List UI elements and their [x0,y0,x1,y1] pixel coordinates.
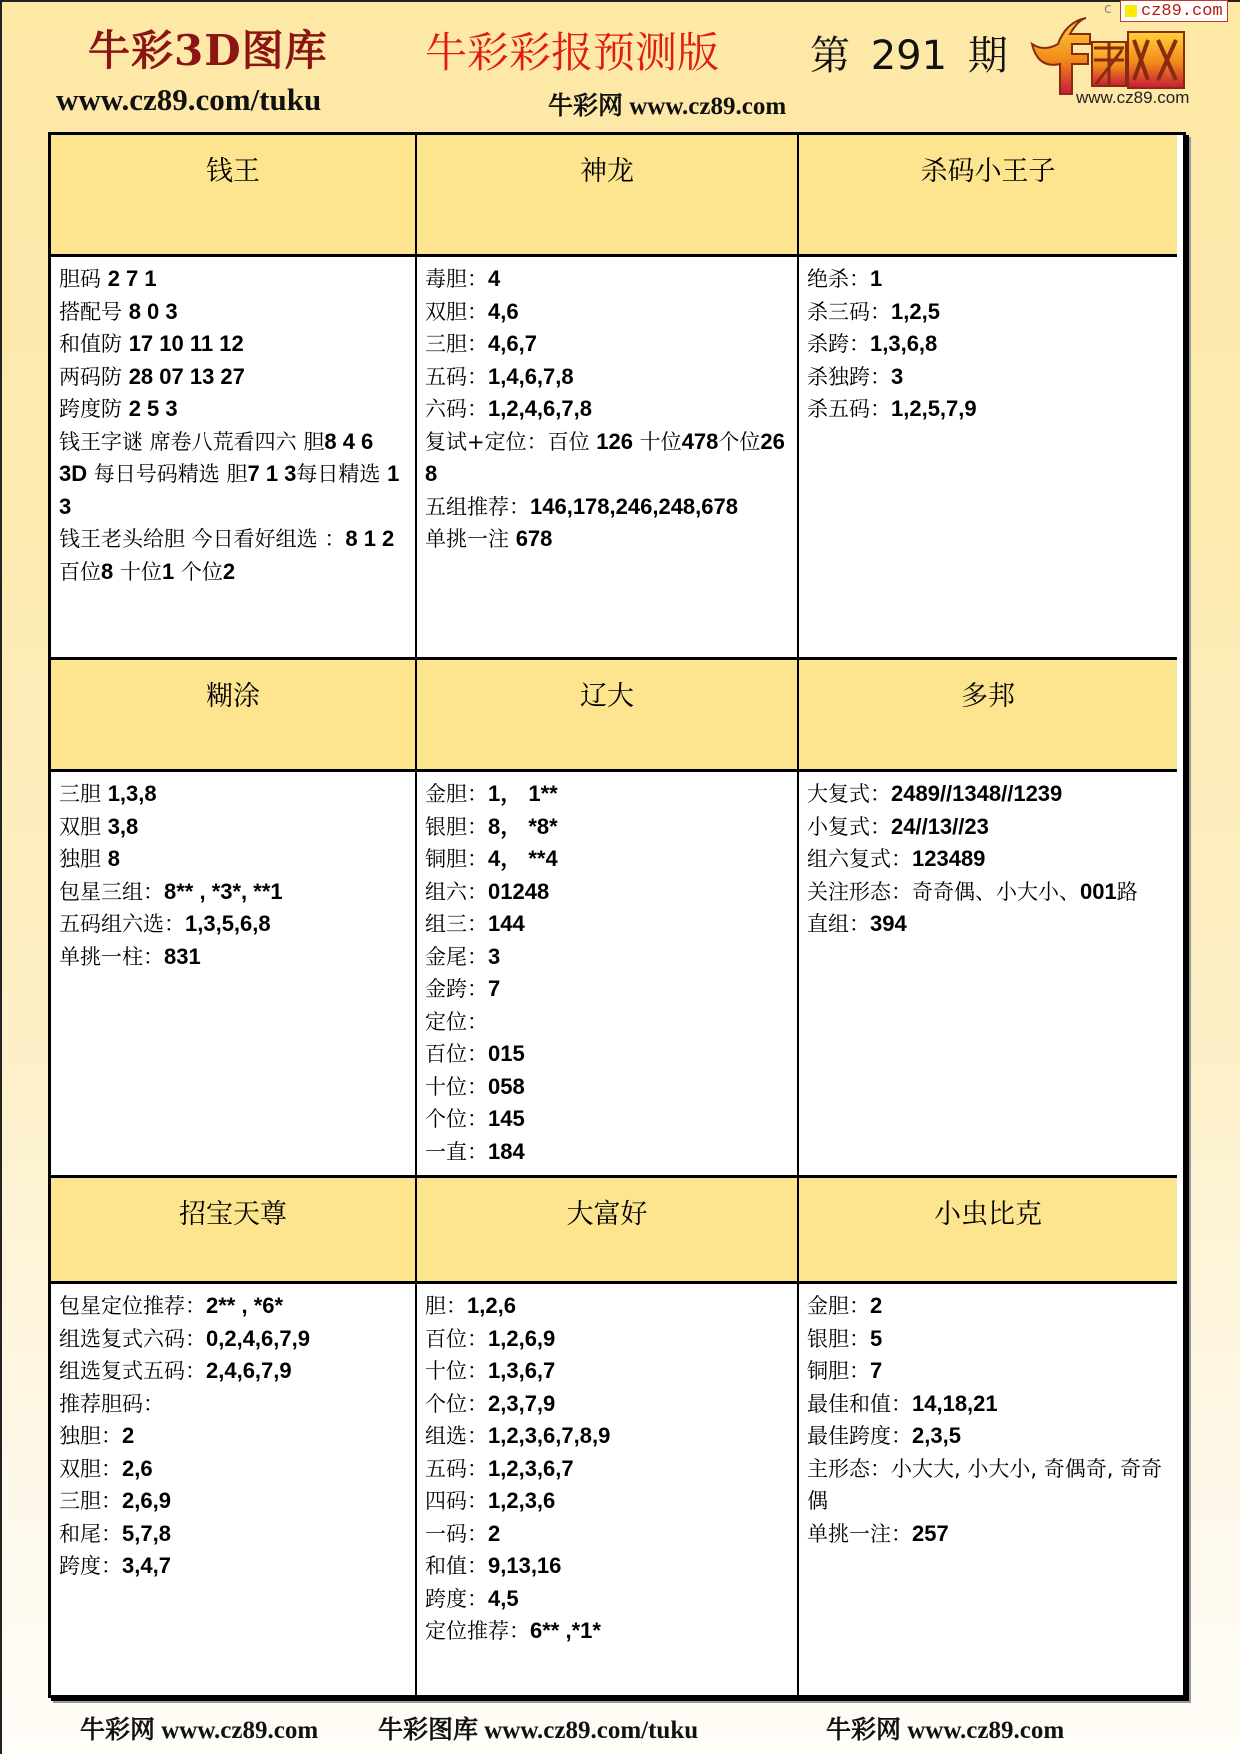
line-value: 8 [108,846,120,871]
section-body: 金胆：1， 1**银胆：8， *8*铜胆：4， **4组六：01248组三：14… [417,772,799,1178]
line-label: 五码： [425,1457,488,1481]
line-value: 8， *8* [488,814,558,839]
line-label: 钱王老头给胆 今日看好组选 ： [59,527,345,551]
badge-prefix: c [1104,1,1112,17]
prediction-line: 金尾：3 [425,941,791,974]
line-value: 2,6,9 [122,1488,171,1513]
line-value: 8 0 3 [129,299,178,324]
prediction-line: 单挑一注 678 [425,523,791,556]
line-value: 7 [870,1358,882,1383]
line-value: 8 [101,559,113,584]
line-label: 搭配号 [59,300,129,324]
prediction-line: 单挑一注：257 [807,1518,1171,1551]
line-label: 复试+定位：百位 [425,430,596,454]
line-label: 独胆 [59,847,108,871]
line-label: 十位： [425,1075,488,1099]
line-value: 1,2,5 [891,299,940,324]
prediction-line: 直组：394 [807,908,1171,941]
prediction-line: 包星定位推荐：2** , *6* [59,1290,409,1323]
prediction-line: 定位推荐：6** ,*1* [425,1615,791,1648]
line-label: 双胆： [59,1457,122,1481]
line-value: 1,2,3,6,7,8,9 [488,1423,610,1448]
prediction-line: 搭配号 8 0 3 [59,296,409,329]
footer-link-middle[interactable]: 牛彩图库 www.cz89.com/tuku [378,1710,698,1746]
line-label: 杀独跨： [807,365,891,389]
line-value: 5 [870,1326,882,1351]
line-label: 小复式： [807,815,891,839]
line-label: 五组推荐： [425,495,530,519]
prediction-line: 百位：015 [425,1038,791,1071]
prediction-line: 双胆 3,8 [59,811,409,844]
prediction-line: 金胆：1， 1** [425,778,791,811]
prediction-line: 十位：058 [425,1071,791,1104]
line-value: 1,3,5,6,8 [185,911,271,936]
section-body: 绝杀：1杀三码：1,2,5杀跨：1,3,6,8杀独跨：3杀五码：1,2,5,7,… [799,257,1177,660]
section-body: 胆：1,2,6百位：1,2,6,9十位：1,3,6,7个位：2,3,7,9组选：… [417,1284,799,1695]
line-label: 和值防 [59,332,129,356]
page-frame-left [0,0,2,1754]
line-value: 2 [488,1521,500,1546]
line-value: 1,3,6,7 [488,1358,555,1383]
prediction-line: 绝杀：1 [807,263,1171,296]
prediction-line: 五组推荐：146,178,246,248,678 [425,491,791,524]
line-value: 1,2,3,6 [488,1488,555,1513]
prediction-line: 和尾：5,7,8 [59,1518,409,1551]
line-value: 17 10 11 12 [129,331,244,356]
line-value: 146,178,246,248,678 [530,494,738,519]
prediction-line: 最佳跨度：2,3,5 [807,1420,1171,1453]
line-value: 2489//1348//1239 [891,781,1062,806]
line-label: 百位： [425,1042,488,1066]
line-label: 十位 [633,430,682,454]
line-value: 4,5 [488,1586,519,1611]
prediction-line: 独胆 8 [59,843,409,876]
line-label: 组选复式六码： [59,1327,206,1351]
line-label: 六码： [425,397,488,421]
line-label: 三胆： [425,332,488,356]
line-value: 2,3,7,9 [488,1391,555,1416]
prediction-line: 五码：1,2,3,6,7 [425,1453,791,1486]
line-value: 1， 1** [488,781,558,806]
line-label: 单挑一柱： [59,945,164,969]
section-body: 金胆：2银胆：5铜胆：7最佳和值：14,18,21最佳跨度：2,3,5主形态：小… [799,1284,1177,1695]
site-badge[interactable]: cz89.com [1120,0,1228,22]
prediction-line: 推荐胆码： [59,1388,409,1421]
prediction-line: 最佳和值：14,18,21 [807,1388,1171,1421]
line-label: 一直： [425,1140,488,1164]
line-label: 双胆 [59,815,108,839]
line-value: 2 [870,1293,882,1318]
line-value: 3,8 [108,814,139,839]
prediction-line: 铜胆：4， **4 [425,843,791,876]
line-value: 2,3,5 [912,1423,961,1448]
line-value: 184 [488,1139,525,1164]
line-label: 跨度： [425,1587,488,1611]
line-label: 三胆： [59,1489,122,1513]
line-value: 4， **4 [488,846,558,871]
line-value: 8 4 6 [324,429,373,454]
prediction-line: 组选复式五码：2,4,6,7,9 [59,1355,409,1388]
prediction-line: 跨度：3,4,7 [59,1550,409,1583]
prediction-line: 六码：1,2,4,6,7,8 [425,393,791,426]
site-name: 牛彩3D图库 [88,18,328,78]
prediction-line: 3D 每日号码精选 胆7 1 3每日精选 1 3 [59,458,409,523]
prediction-line: 五码：1,4,6,7,8 [425,361,791,394]
footer-link-right[interactable]: 牛彩网 www.cz89.com [826,1710,1064,1746]
line-label: 大复式： [807,782,891,806]
line-label: 绝杀： [807,267,870,291]
line-value: 2 5 3 [129,396,178,421]
line-label: 独胆： [59,1424,122,1448]
line-label: 定位： [425,1010,488,1034]
line-value: 8 1 2 [345,526,394,551]
prediction-line: 双胆：2,6 [59,1453,409,1486]
line-value: 1,2,3,6,7 [488,1456,574,1481]
issue-number: 291 [871,33,947,79]
prediction-line: 铜胆：7 [807,1355,1171,1388]
line-value: 1,2,6 [467,1293,516,1318]
prediction-line: 个位：145 [425,1103,791,1136]
prediction-line: 复试+定位：百位 126 十位478个位268 [425,426,791,491]
line-value: 6** ,*1* [530,1618,601,1643]
line-value: 3D [59,461,87,486]
prediction-line: 双胆：4,6 [425,296,791,329]
prediction-line: 毒胆：4 [425,263,791,296]
line-label: 组三： [425,912,488,936]
prediction-line: 钱王老头给胆 今日看好组选 ：8 1 2百位8 十位1 个位2 [59,523,409,588]
line-value: 0,2,4,6,7,9 [206,1326,310,1351]
line-value: 1,2,5,7,9 [891,396,977,421]
yellow-square-icon [1125,5,1137,17]
line-value: 9,13,16 [488,1553,561,1578]
prediction-line: 组三：144 [425,908,791,941]
line-value: 126 [596,429,633,454]
line-value: 28 07 13 27 [129,364,245,389]
prediction-line: 钱王字谜 席卷八荒看四六 胆8 4 6 [59,426,409,459]
line-label: 路 [1117,880,1138,904]
section-body: 三胆 1,3,8双胆 3,8独胆 8包星三组：8** , *3*, **1五码组… [51,772,417,1178]
prediction-line: 金胆：2 [807,1290,1171,1323]
logo-url: www.cz89.com [1076,88,1189,108]
line-label: 五码组六选： [59,912,185,936]
line-value: 2,6 [122,1456,153,1481]
prediction-line: 三胆 1,3,8 [59,778,409,811]
line-label: 跨度： [59,1554,122,1578]
line-value: 3 [488,944,500,969]
section-header: 钱王 [51,135,417,257]
line-label: 主形态：小大大, 小大小, 奇偶奇, 奇奇偶 [807,1457,1162,1514]
line-value: 145 [488,1106,525,1131]
prediction-line: 两码防 28 07 13 27 [59,361,409,394]
line-label: 每日号码精选 胆 [87,462,247,486]
line-label: 钱王字谜 席卷八荒看四六 胆 [59,430,324,454]
line-value: 144 [488,911,525,936]
prediction-line: 关注形态：奇奇偶、小大小、001路 [807,876,1171,909]
prediction-line: 银胆：8， *8* [425,811,791,844]
prediction-line: 三胆：4,6,7 [425,328,791,361]
footer-link-left[interactable]: 牛彩网 www.cz89.com [80,1710,318,1746]
prediction-line: 大复式：2489//1348//1239 [807,778,1171,811]
prediction-line: 和值：9,13,16 [425,1550,791,1583]
issue-label: 第 291 期 [810,24,1008,81]
line-value: 14,18,21 [912,1391,998,1416]
line-value: 5,7,8 [122,1521,171,1546]
prediction-line: 四码：1,2,3,6 [425,1485,791,1518]
prediction-line: 杀五码：1,2,5,7,9 [807,393,1171,426]
prediction-line: 杀三码：1,2,5 [807,296,1171,329]
prediction-line: 包星三组：8** , *3*, **1 [59,876,409,909]
line-label: 单挑一注： [807,1522,912,1546]
prediction-line: 定位： [425,1006,791,1039]
site-url[interactable]: www.cz89.com/tuku [56,82,321,118]
prediction-line: 胆码 2 7 1 [59,263,409,296]
line-value: 2 [223,559,235,584]
line-label: 和尾： [59,1522,122,1546]
prediction-table: 钱王神龙杀码小王子胆码 2 7 1搭配号 8 0 3和值防 17 10 11 1… [48,132,1186,1698]
line-label: 金跨： [425,977,488,1001]
line-label: 个位： [425,1392,488,1416]
prediction-line: 组选：1,2,3,6,7,8,9 [425,1420,791,1453]
prediction-line: 杀跨：1,3,6,8 [807,328,1171,361]
line-label: 五码： [425,365,488,389]
prediction-line: 一直：184 [425,1136,791,1169]
section-header: 小虫比克 [799,1178,1177,1284]
line-value: 1 [162,559,174,584]
line-value: 4,6 [488,299,519,324]
line-value: 678 [516,526,553,551]
line-label: 双胆： [425,300,488,324]
line-value: 1 [870,266,882,291]
prediction-line: 和值防 17 10 11 12 [59,328,409,361]
prediction-line: 单挑一柱：831 [59,941,409,974]
line-value: 1,4,6,7,8 [488,364,574,389]
prediction-line: 独胆：2 [59,1420,409,1453]
prediction-line: 主形态：小大大, 小大小, 奇偶奇, 奇奇偶 [807,1453,1171,1518]
prediction-line: 五码组六选：1,3,5,6,8 [59,908,409,941]
section-header: 糊涂 [51,660,417,772]
line-value: 2** , *6* [206,1293,283,1318]
section-header: 大富好 [417,1178,799,1284]
prediction-line: 跨度防 2 5 3 [59,393,409,426]
line-value: 01248 [488,879,549,904]
issue-suffix: 期 [968,24,1008,81]
section-header: 辽大 [417,660,799,772]
line-label: 杀五码： [807,397,891,421]
line-label: 三胆 [59,782,108,806]
line-label: 百位： [425,1327,488,1351]
line-value: 015 [488,1041,525,1066]
line-value: 3,4,7 [122,1553,171,1578]
line-label: 四码： [425,1489,488,1513]
line-label: 银胆： [807,1327,870,1351]
line-label: 十位 [113,560,162,584]
prediction-line: 组六：01248 [425,876,791,909]
section-body: 大复式：2489//1348//1239小复式：24//13//23组六复式：1… [799,772,1177,1178]
section-header: 杀码小王子 [799,135,1177,257]
line-value: 058 [488,1074,525,1099]
page-title: 牛彩彩报预测版 [425,20,719,80]
line-label: 关注形态：奇奇偶、小大小、 [807,880,1080,904]
line-value: 257 [912,1521,949,1546]
line-label: 一码： [425,1522,488,1546]
line-value: 1,2,4,6,7,8 [488,396,592,421]
prediction-line: 一码：2 [425,1518,791,1551]
prediction-line: 组选复式六码：0,2,4,6,7,9 [59,1323,409,1356]
line-value: 24//13//23 [891,814,989,839]
line-label: 胆码 [59,267,108,291]
section-header: 招宝天尊 [51,1178,417,1284]
line-label: 毒胆： [425,267,488,291]
prediction-line: 组六复式：123489 [807,843,1171,876]
line-value: 123489 [912,846,985,871]
prediction-line: 个位：2,3,7,9 [425,1388,791,1421]
line-value: 2 7 1 [108,266,157,291]
line-label: 包星定位推荐： [59,1294,206,1318]
line-label: 个位： [425,1107,488,1131]
line-value: 1,3,8 [108,781,157,806]
badge-text: cz89.com [1141,2,1223,21]
line-label: 杀三码： [807,300,891,324]
line-label: 个位 [174,560,223,584]
line-label: 金尾： [425,945,488,969]
line-label: 直组： [807,912,870,936]
line-label: 组选： [425,1424,488,1448]
line-value: 7 [488,976,500,1001]
line-value: 1,2,6,9 [488,1326,555,1351]
line-label: 单挑一注 [425,527,516,551]
line-label: 组六复式： [807,847,912,871]
prediction-line: 银胆：5 [807,1323,1171,1356]
section-body: 胆码 2 7 1搭配号 8 0 3和值防 17 10 11 12两码防 28 0… [51,257,417,660]
line-label: 个位 [718,430,760,454]
line-value: 394 [870,911,907,936]
line-label: 组选复式五码： [59,1359,206,1383]
line-label: 组六： [425,880,488,904]
line-value: 7 1 3 [247,461,296,486]
line-label: 百位 [59,560,101,584]
prediction-line: 金跨：7 [425,973,791,1006]
line-label: 最佳跨度： [807,1424,912,1448]
line-value: 478 [682,429,719,454]
prediction-line: 百位：1,2,6,9 [425,1323,791,1356]
prediction-line: 跨度：4,5 [425,1583,791,1616]
line-label: 铜胆： [425,847,488,871]
section-header: 神龙 [417,135,799,257]
line-label: 跨度防 [59,397,129,421]
line-value: 4,6,7 [488,331,537,356]
line-label: 金胆： [425,782,488,806]
prediction-line: 三胆：2,6,9 [59,1485,409,1518]
line-value: 8** , *3*, **1 [164,879,283,904]
prediction-line: 胆：1,2,6 [425,1290,791,1323]
line-label: 十位： [425,1359,488,1383]
section-body: 毒胆：4双胆：4,6三胆：4,6,7五码：1,4,6,7,8六码：1,2,4,6… [417,257,799,660]
line-value: 4 [488,266,500,291]
line-label: 推荐胆码： [59,1392,164,1416]
line-label: 铜胆： [807,1359,870,1383]
line-value: 2,4,6,7,9 [206,1358,292,1383]
prediction-line: 小复式：24//13//23 [807,811,1171,844]
issue-prefix: 第 [810,24,850,81]
prediction-line: 杀独跨：3 [807,361,1171,394]
line-label: 和值： [425,1554,488,1578]
prediction-line: 十位：1,3,6,7 [425,1355,791,1388]
line-label: 每日精选 [296,462,387,486]
section-header: 多邦 [799,660,1177,772]
line-label: 银胆： [425,815,488,839]
line-label: 包星三组： [59,880,164,904]
page-frame-top [0,0,1240,2]
line-value: 1,3,6,8 [870,331,937,356]
line-label: 金胆： [807,1294,870,1318]
line-label: 两码防 [59,365,129,389]
line-value: 001 [1080,879,1117,904]
line-label: 胆： [425,1294,467,1318]
site-link[interactable]: 牛彩网 www.cz89.com [548,86,786,122]
line-value: 3 [891,364,903,389]
line-value: 831 [164,944,201,969]
line-label: 定位推荐： [425,1619,530,1643]
line-label: 最佳和值： [807,1392,912,1416]
line-label: 杀跨： [807,332,870,356]
section-body: 包星定位推荐：2** , *6*组选复式六码：0,2,4,6,7,9组选复式五码… [51,1284,417,1695]
line-value: 2 [122,1423,134,1448]
